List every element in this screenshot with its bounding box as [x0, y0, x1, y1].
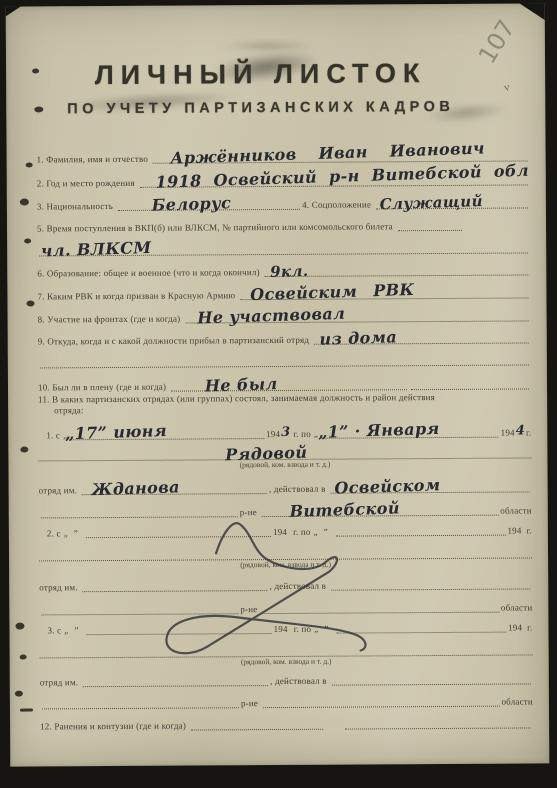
service-entry-3-region: р-не области: [40, 696, 533, 709]
paper-spot: [15, 691, 23, 697]
ink-smudge: [221, 41, 316, 52]
service-entry-2-dates: 2. с „ ” 194 г. по „ ” 194 г.: [47, 525, 532, 538]
entry2-prefix: 2. с: [47, 528, 64, 538]
entry2-year-from-printed: 194: [273, 527, 287, 537]
form-title: ЛИЧНЫЙ ЛИСТОК: [16, 58, 505, 92]
entry2-district-line: [331, 586, 530, 590]
field-nationality-label: 3. Национальность: [37, 201, 116, 211]
field-rvk: 7. Каким РВК и когда призван в Красную А…: [37, 288, 530, 301]
field-units-heading: 11. В каких партизанских отрядах (или гр…: [38, 391, 531, 404]
entry3-g: г.: [522, 622, 532, 632]
service-entry-1-dates: 1. с „ „17” июня 194 3 г. по „ „1” · Янв…: [46, 422, 531, 440]
entry3-unit-label: отряд им.: [40, 677, 82, 687]
entry1-acted-label: , действовал в: [269, 484, 329, 494]
entry1-oblast-label: области: [500, 505, 532, 515]
entry1-unit-label: отряд им.: [39, 485, 81, 495]
entry1-region-value: Витебской: [289, 500, 400, 520]
entry1-g-po: г. по: [291, 429, 314, 439]
entry1-g: г.: [526, 427, 531, 437]
service-entry-2-rank: (рядовой, ком. взвода и т. д.): [39, 555, 532, 561]
entry3-prefix: 3. с: [47, 625, 64, 635]
service-entry-2-unit: отряд им. , действовал в: [39, 579, 532, 592]
field-party-label: 5. Время поступления в ВКП(б) или ВЛКСМ,…: [37, 221, 396, 233]
entry3-region-line: [263, 704, 499, 708]
field-arrival-line: из дома: [314, 340, 529, 344]
service-entry-2-region: р-не области: [39, 602, 532, 615]
entry3-unit-line: [83, 683, 268, 687]
entry3-to-line: [337, 630, 506, 634]
service-entry-1-region: р-не Витебской области: [39, 505, 532, 518]
entry1-year-to-digit: 4: [516, 423, 525, 438]
field-education-value: 9кл.: [270, 264, 309, 280]
entry3-close-quote: ”: [74, 625, 78, 635]
field-party-value: чл. ВЛКСМ: [41, 240, 152, 260]
entry3-year-to-printed: 194: [508, 623, 522, 633]
field-units-heading-line2: отряда:: [54, 405, 84, 415]
entry3-district-line: [332, 681, 531, 685]
entry2-open-quote2: „: [314, 527, 318, 537]
paper-spot: [26, 162, 33, 167]
field-captivity: 10. Был ли в плену (где и когда) Не был: [38, 379, 531, 392]
paper-spot: [20, 447, 28, 453]
entry2-rank-hint: (рядовой, ком. взвода и т. д.): [39, 558, 532, 570]
field-arrival-label: 9. Откуда, когда и с какой должности при…: [38, 335, 312, 347]
paper-spot: [20, 655, 27, 660]
entry2-close-quote2: ”: [324, 527, 328, 537]
field-arrival-value: из дома: [320, 329, 398, 347]
field-party-line: [398, 228, 462, 231]
form-subtitle: ПО УЧЕТУ ПАРТИЗАНСКИХ КАДРОВ: [6, 99, 515, 118]
field-wounds-line: [191, 727, 324, 731]
entry2-g: г.: [522, 525, 532, 535]
entry1-unit-value: Жданова: [92, 479, 181, 498]
entry1-prefix: 1. с: [46, 430, 63, 440]
entry1-from-value: „17” июня: [65, 423, 167, 442]
entry2-year-to-printed: 194: [507, 526, 521, 536]
field-education-label: 6. Образование: общее и военное (что и к…: [37, 267, 263, 278]
entry1-district-line: Освейском: [331, 489, 530, 493]
entry3-region-prefix-line: [42, 705, 239, 709]
entry1-to-line: „1” · Января: [320, 435, 499, 439]
entry1-district-value: Освейском: [334, 477, 441, 496]
entry3-g-po: г. по: [288, 624, 315, 634]
field-arrival-extra-line: [38, 362, 531, 368]
entry3-open-quote2: „: [314, 624, 318, 634]
field-rvk-line: Освейским РВК: [240, 295, 528, 300]
entry1-region-prefix-line: [41, 514, 238, 518]
field-arrival-extra: [40, 362, 529, 368]
entry1-region-line: Витебской: [262, 513, 498, 517]
entry2-region-line: [262, 610, 498, 614]
entry2-close-quote: ”: [74, 528, 78, 538]
field-fronts: 8. Участие на фронтах (где и когда) Не у…: [38, 311, 531, 324]
field-education: 6. Образование: общее и военное (что и к…: [37, 265, 530, 278]
entry2-oblast-label: области: [501, 602, 533, 612]
field-birth: 2. Год и место рождения 1918 Освейский р…: [37, 175, 530, 188]
field-fronts-line: Не участвовал: [185, 318, 528, 323]
field-social-line: Служащий: [376, 205, 528, 209]
entry2-to-line: [336, 533, 505, 537]
field-social-value: Служащий: [380, 194, 484, 212]
field-captivity-value: Не был: [205, 376, 278, 394]
torn-corner-top-right: [517, 3, 547, 21]
entry2-open-quote: „: [64, 528, 68, 538]
service-entry-1-unit: отряд им. Жданова , действовал в Освейск…: [39, 482, 532, 495]
field-nationality-line: Белорус: [118, 207, 300, 211]
entry1-year-to-printed: 194: [501, 428, 515, 438]
paper-spot: [26, 300, 34, 306]
field-wounds-line2: [346, 725, 532, 729]
entry1-rank-hint: (рядовой, ком. взвода и т. д.): [38, 458, 531, 470]
entry3-rne-label: р-не: [241, 698, 261, 708]
field-captivity-label: 10. Был ли в плену (где и когда): [38, 382, 169, 393]
entry2-region-prefix-line: [41, 611, 238, 615]
service-entry-3-unit: отряд им. , действовал в: [40, 674, 533, 687]
torn-corner-top-left: [6, 5, 24, 18]
field-party-answer-line: чл. ВЛКСМ: [39, 250, 528, 256]
entry3-close-quote2: ”: [324, 624, 328, 634]
field-captivity-line2: [411, 386, 529, 390]
entry3-oblast-label: области: [501, 696, 533, 706]
paper-spot: [20, 708, 33, 711]
entry2-from-line: [86, 534, 271, 538]
field-fronts-label: 8. Участие на фронтах (где и когда): [38, 314, 184, 325]
entry1-unit-line: Жданова: [82, 491, 267, 495]
field-party: 5. Время поступления в ВКП(б) или ВЛКСМ,…: [37, 220, 530, 233]
entry1-year-from-printed: 194: [266, 429, 280, 439]
field-fronts-value: Не участвовал: [197, 306, 345, 327]
paper-spot: [20, 199, 29, 206]
field-nationality-social: 3. Национальность Белорус 4. Соцположени…: [37, 198, 530, 211]
entry1-rne-label: р-не: [240, 507, 260, 517]
entry3-rank-hint: (рядовой, ком. взвода и т. д.): [40, 655, 533, 667]
service-entry-3-rank: (рядовой, ком. взвода и т. д.): [40, 652, 533, 658]
field-arrival: 9. Откуда, когда и с какой должности при…: [38, 333, 531, 346]
paper-spot: [24, 239, 31, 244]
field-education-line: 9кл.: [265, 272, 529, 277]
entry3-from-line: [87, 631, 272, 635]
field-nationality-value: Белорус: [152, 195, 232, 214]
field-wounds-label: 12. Ранения и контузии (где и когда): [40, 721, 189, 732]
service-entry-1-rank: Рядовой (рядовой, ком. взвода и т. д.): [38, 455, 531, 461]
entry3-year-from-printed: 194: [274, 624, 288, 634]
document-paper: 107 v ЛИЧНЫЙ ЛИСТОК ПО УЧЕТУ ПАРТИЗАНСКИ…: [6, 3, 550, 766]
paper-spot: [15, 623, 24, 630]
entry1-from-line: „17” июня: [69, 436, 264, 440]
field-birth-line: 1918 Освейский р-н Витебской обл: [140, 182, 528, 187]
entry3-open-quote: „: [64, 625, 68, 635]
entry1-year-from-digit: 3: [281, 425, 290, 440]
entry1-to-value: „1” · Января: [318, 421, 440, 441]
field-birth-value: 1918 Освейский р-н Витебской обл: [155, 163, 529, 191]
entry2-unit-line: [83, 588, 268, 592]
field-units-heading2: отряда:: [54, 405, 84, 415]
service-entry-3-dates: 3. с „ ” 194 г. по „ ” 194 г.: [47, 622, 532, 635]
field-surname-label: 1. Фамилия, имя и отчество: [37, 154, 151, 165]
field-captivity-line: Не был: [171, 387, 407, 391]
entry2-unit-label: отряд им.: [39, 582, 81, 592]
field-social-label: 4. Соцположение: [302, 199, 374, 209]
entry2-rne-label: р-не: [240, 604, 260, 614]
field-birth-label: 2. Год и место рождения: [37, 178, 138, 189]
scan-background: 107 v ЛИЧНЫЙ ЛИСТОК ПО УЧЕТУ ПАРТИЗАНСКИ…: [0, 0, 557, 788]
field-wounds: 12. Ранения и контузии (где и когда): [40, 718, 533, 731]
field-rvk-label: 7. Каким РВК и когда призван в Красную А…: [37, 290, 238, 301]
field-rvk-value: Освейским РВК: [250, 282, 415, 303]
field-party-answer: чл. ВЛКСМ: [37, 250, 530, 256]
entry2-g-po: г. по: [287, 527, 314, 537]
entry3-acted-label: , действовал в: [270, 676, 330, 686]
field-units-heading-line1: 11. В каких партизанских отрядах (или гр…: [38, 392, 435, 404]
entry2-acted-label: , действовал в: [270, 581, 330, 591]
